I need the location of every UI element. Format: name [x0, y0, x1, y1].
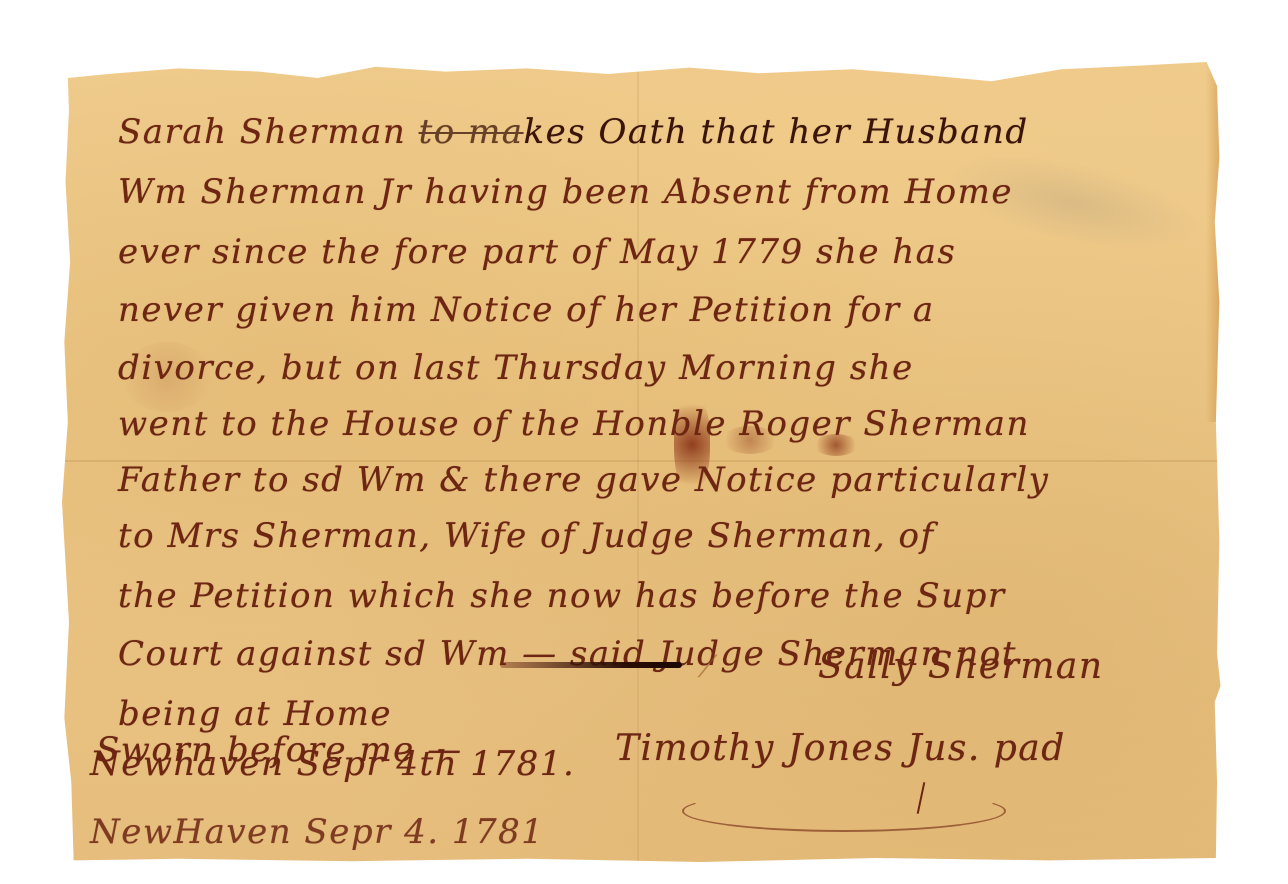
line-1-pre: Sarah Sherman: [118, 112, 419, 152]
deponent-signature: Sally Sherman: [818, 646, 1104, 687]
manuscript-line-4: never given him Notice of her Petition f…: [118, 290, 935, 330]
endorsement-line-cutoff: NewHaven Sepr 4. 1781: [90, 812, 544, 852]
manuscript-line-1: Sarah Sherman to makes Oath that her Hus…: [118, 112, 1029, 152]
manuscript-line-6: went to the House of the Honble Roger Sh…: [118, 404, 1030, 444]
manuscript-line-11: being at Home: [118, 694, 392, 734]
edge-stain: [1206, 62, 1224, 422]
closing-dash-stroke: [500, 662, 682, 668]
manuscript-line-3: ever since the fore part of May 1779 she…: [118, 232, 956, 272]
manuscript-line-5: divorce, but on last Thursday Morning sh…: [118, 348, 914, 388]
manuscript-line-2: Wm Sherman Jr having been Absent from Ho…: [118, 172, 1013, 212]
justice-signature: Timothy Jones Jus. pad: [615, 728, 1066, 769]
manuscript-line-8: to Mrs Sherman, Wife of Judge Sherman, o…: [118, 516, 935, 556]
caret-mark: ⁄: [705, 650, 710, 685]
signature-flourish: [682, 790, 1006, 832]
manuscript-line-7: Father to sd Wm & there gave Notice part…: [118, 460, 1049, 500]
struck-text: to ma: [419, 112, 524, 152]
manuscript-line-9: the Petition which she now has before th…: [118, 576, 1006, 616]
line-1-post: kes Oath that her Husband: [524, 112, 1029, 152]
sworn-before-text: Sworn before me —: [96, 730, 463, 770]
